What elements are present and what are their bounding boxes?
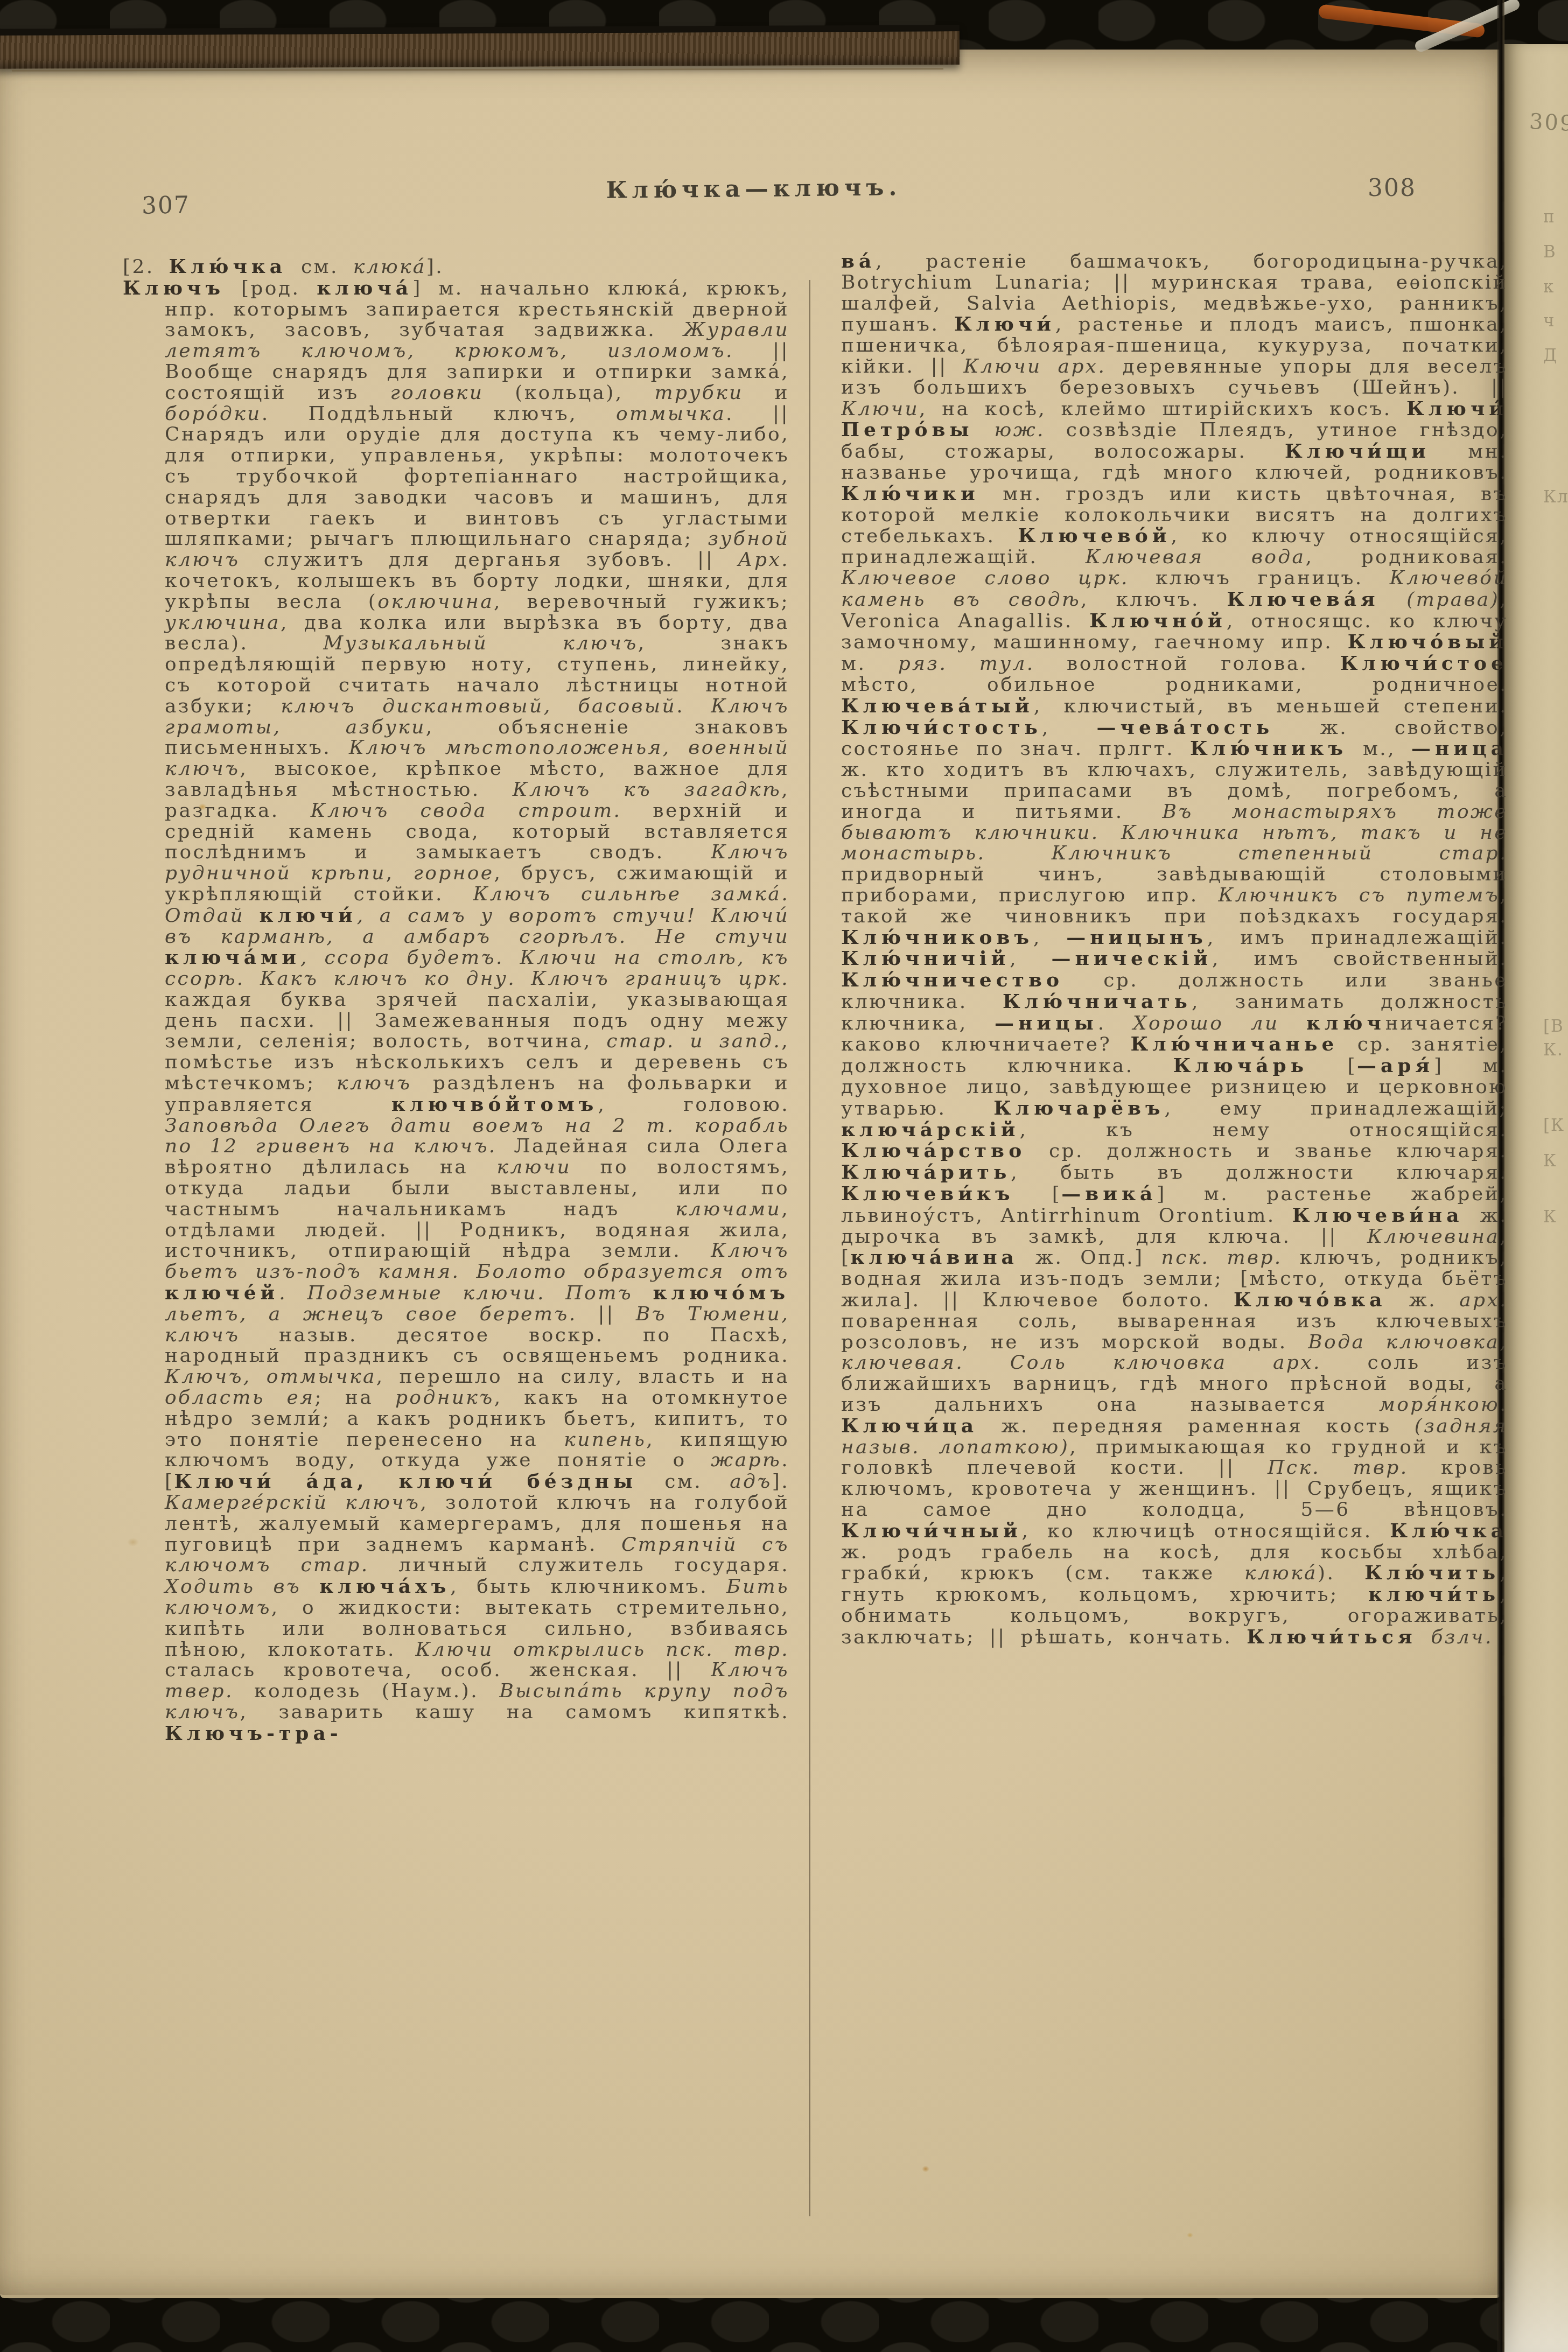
adjacent-page-edge [1504, 44, 1568, 2352]
entry-continuation: ва́, растеніе башмачокъ, богородицына-ру… [841, 251, 1508, 1648]
edge-text-fragment: [В [1543, 1017, 1564, 1036]
right-text-column: ва́, растеніе башмачокъ, богородицына-ру… [841, 251, 1508, 2136]
edge-text-fragment: К. [1543, 1040, 1564, 1060]
edge-text-fragment: к [1543, 277, 1555, 297]
entry-kljuch: Ключъ [род. ключа́] м. начально клюка́, … [123, 278, 789, 1745]
cross-reference-line: [2. Клю́чка см. клюка́]. [123, 256, 789, 278]
edge-text-fragment: [К [1543, 1116, 1565, 1135]
edge-text-fragment: п [1543, 207, 1556, 227]
adjacent-page-column-number: 309 [1529, 109, 1568, 136]
page-header-title: Клю́чка—ключъ. [538, 173, 969, 205]
column-number-307: 307 [142, 191, 191, 220]
edge-text-fragment: Кл [1543, 487, 1568, 507]
left-text-column: [2. Клю́чка см. клюка́]. Ключъ [род. клю… [123, 256, 789, 2216]
column-divider-rule [809, 280, 810, 2216]
scanned-book-photo: { "header": { "left_column_number": "307… [0, 0, 1568, 2352]
scan-glare [1504, 2197, 1568, 2352]
edge-text-fragment: Д [1543, 346, 1558, 365]
column-number-308: 308 [1368, 174, 1416, 202]
edge-text-fragment: В [1543, 242, 1557, 262]
edge-text-fragment: ч [1543, 311, 1556, 331]
edge-text-fragment: К [1543, 1207, 1557, 1227]
book-cover-cloth-edge [0, 25, 960, 69]
edge-text-fragment: К [1543, 1151, 1557, 1171]
